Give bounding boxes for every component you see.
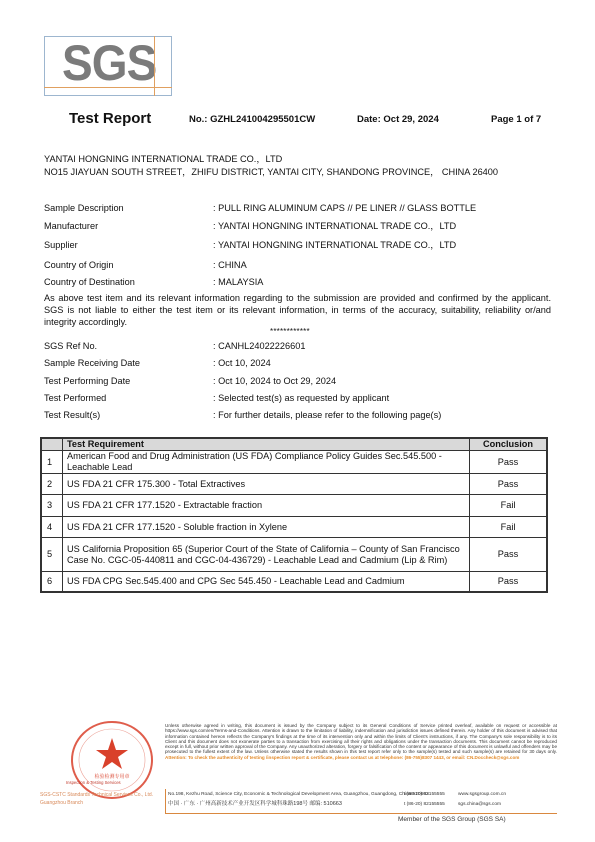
report-title: Test Report	[69, 110, 151, 127]
row-number: 6	[41, 572, 63, 592]
separator: ************	[270, 327, 310, 336]
sgs-logo: SGS	[62, 34, 156, 92]
svg-text:检验检测专用章: 检验检测专用章	[94, 773, 129, 780]
row-conclusion: Pass	[470, 538, 548, 572]
field-label: Manufacturer	[44, 220, 98, 232]
applicant-name: YANTAI HONGNING INTERNATIONAL TRADE CO.，…	[44, 153, 282, 165]
logo-guide-line	[44, 87, 172, 88]
report-date: Date: Oct 29, 2024	[357, 114, 439, 125]
authenticity-notice: Attention: To check the authenticity of …	[165, 755, 519, 760]
row-number: 4	[41, 517, 63, 538]
field-label: Test Performed	[44, 392, 106, 404]
legal-terms: Unless otherwise agreed in writing, this…	[165, 723, 557, 760]
field-label: Country of Destination	[44, 276, 135, 288]
row-conclusion: Fail	[470, 495, 548, 517]
applicant-address: NO15 JIAYUAN SOUTH STREET，ZHIFU DISTRICT…	[44, 166, 498, 178]
report-number: No.: GZHL241004295501CW	[189, 114, 315, 125]
stamp-caption-branch: Guangzhou Branch	[40, 800, 83, 806]
field-value: : Selected test(s) as requested by appli…	[213, 392, 389, 404]
row-number: 2	[41, 474, 63, 495]
row-requirement: US California Proposition 65 (Superior C…	[63, 538, 470, 572]
row-requirement: US FDA 21 CFR 175.300 - Total Extractive…	[63, 474, 470, 495]
field-value: : Oct 10, 2024	[213, 357, 271, 369]
address-english: No.198, Kezhu Road, Science City, Econom…	[168, 791, 429, 798]
logo-guide-line-vertical	[154, 36, 155, 96]
table-row: 2 US FDA 21 CFR 175.300 - Total Extracti…	[41, 474, 547, 495]
field-label: Sample Receiving Date	[44, 357, 140, 369]
row-conclusion: Pass	[470, 572, 548, 592]
column-header-number	[41, 438, 63, 451]
row-number: 3	[41, 495, 63, 517]
field-value: : YANTAI HONGNING INTERNATIONAL TRADE CO…	[213, 239, 456, 251]
row-conclusion: Pass	[470, 451, 548, 474]
field-value: : For further details, please refer to t…	[213, 409, 441, 421]
row-conclusion: Pass	[470, 474, 548, 495]
row-number: 5	[41, 538, 63, 572]
row-requirement: American Food and Drug Administration (U…	[63, 451, 470, 474]
page-indicator: Page 1 of 7	[491, 114, 541, 125]
phone-number: t (86-20) 82155555	[404, 791, 445, 798]
field-value: : Oct 10, 2024 to Oct 29, 2024	[213, 375, 336, 387]
field-value: : PULL RING ALUMINUM CAPS // PE LINER //…	[213, 202, 476, 214]
website-link[interactable]: www.sgsgroup.com.cn	[458, 791, 506, 798]
table-row: 4 US FDA 21 CFR 177.1520 - Soluble fract…	[41, 517, 547, 538]
column-header-conclusion: Conclusion	[470, 438, 548, 451]
membership-note: Member of the SGS Group (SGS SA)	[398, 816, 506, 823]
table-row: 5 US California Proposition 65 (Superior…	[41, 538, 547, 572]
address-chinese: 中国 · 广东 · 广州高新技术产业开发区科学城科珠路198号 邮编: 5106…	[168, 801, 342, 808]
footer-divider	[165, 813, 557, 814]
legal-text: Unless otherwise agreed in writing, this…	[165, 723, 557, 754]
row-requirement: US FDA 21 CFR 177.1520 - Extractable fra…	[63, 495, 470, 517]
field-label: Sample Description	[44, 202, 124, 214]
table-row: 1 American Food and Drug Administration …	[41, 451, 547, 474]
row-number: 1	[41, 451, 63, 474]
field-label: Supplier	[44, 239, 78, 251]
disclaimer-paragraph: As above test item and its relevant info…	[44, 292, 551, 328]
field-label: SGS Ref No.	[44, 340, 97, 352]
row-conclusion: Fail	[470, 517, 548, 538]
field-label: Country of Origin	[44, 259, 113, 271]
column-header-requirement: Test Requirement	[63, 438, 470, 451]
email-link[interactable]: sgs.china@sgs.com	[458, 801, 501, 808]
table-header-row: Test Requirement Conclusion	[41, 438, 547, 451]
field-value: : CHINA	[213, 259, 247, 271]
table-row: 3 US FDA 21 CFR 177.1520 - Extractable f…	[41, 495, 547, 517]
field-label: Test Result(s)	[44, 409, 100, 421]
phone-number: t (86-20) 82155555	[404, 801, 445, 808]
results-table: Test Requirement Conclusion 1 American F…	[40, 437, 548, 593]
field-value: : YANTAI HONGNING INTERNATIONAL TRADE CO…	[213, 220, 456, 232]
row-requirement: US FDA CPG Sec.545.400 and CPG Sec 545.4…	[63, 572, 470, 592]
footer-divider-vertical	[165, 789, 166, 813]
field-value: : CANHL24022226601	[213, 340, 305, 352]
stamp-inner-text: Inspection & Testing Services	[66, 780, 121, 785]
row-requirement: US FDA 21 CFR 177.1520 - Soluble fractio…	[63, 517, 470, 538]
field-label: Test Performing Date	[44, 375, 130, 387]
stamp-caption-company: SGS-CSTC Standards Technical Services Co…	[40, 792, 153, 798]
official-stamp: 检验检测专用章 Inspection & Testing Services SG…	[62, 718, 158, 806]
table-row: 6 US FDA CPG Sec.545.400 and CPG Sec 545…	[41, 572, 547, 592]
field-value: : MALAYSIA	[213, 276, 263, 288]
